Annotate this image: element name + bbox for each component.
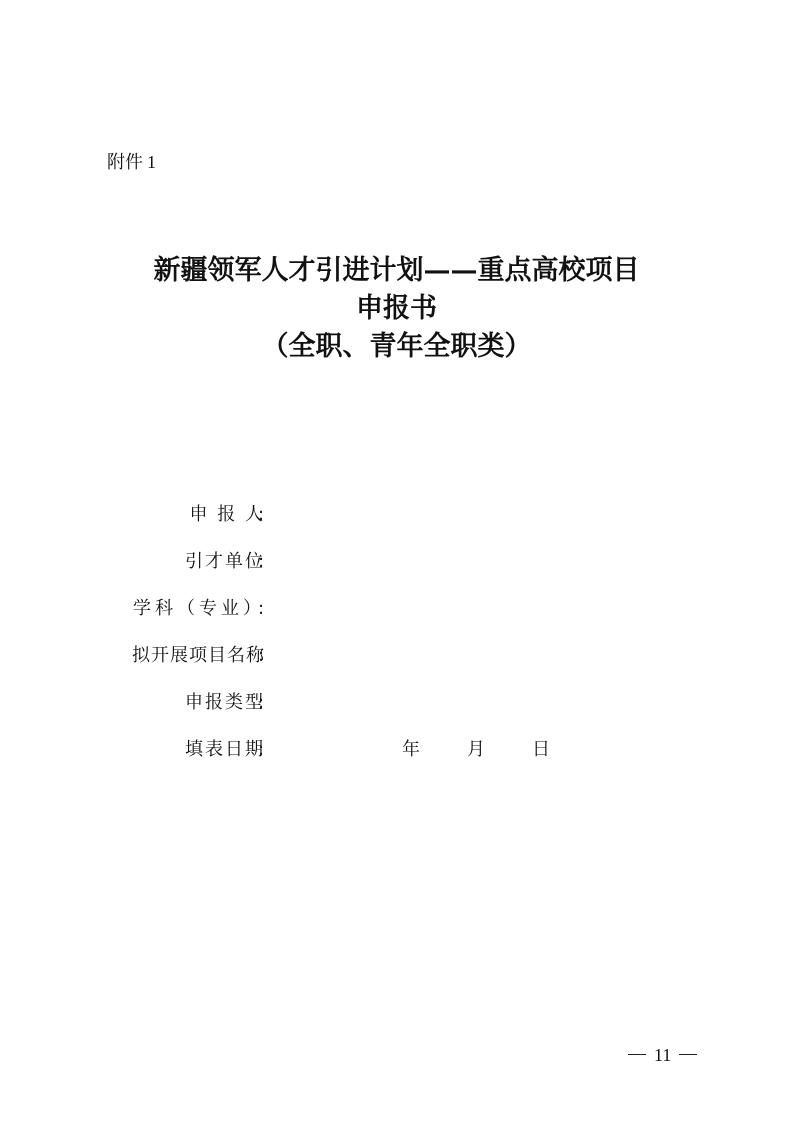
year-label: 年 — [402, 735, 420, 765]
dash-right — [679, 1054, 697, 1055]
form-row-applicant: 申 报 人 : — [0, 500, 793, 530]
project-name-label: 拟开展项目名称 — [132, 641, 265, 671]
day-field[interactable] — [487, 735, 531, 765]
dash-left — [628, 1054, 646, 1055]
fill-date-label: 填表日期 — [185, 735, 265, 765]
attachment-number: 1 — [147, 152, 156, 172]
colon: : — [258, 594, 264, 624]
applicant-field[interactable] — [272, 500, 572, 530]
host-institution-label: 引才单位 — [185, 547, 265, 577]
colon: : — [258, 500, 264, 530]
application-type-label: 申报类型 — [185, 688, 265, 718]
title-line-category: （全职、青年全职类） — [0, 328, 793, 366]
month-field[interactable] — [422, 735, 466, 765]
form-row-host-institution: 引才单位 : — [0, 547, 793, 577]
year-field[interactable] — [272, 735, 400, 765]
applicant-label: 申 报 人 — [190, 500, 265, 530]
colon: : — [258, 688, 264, 718]
form-row-project-name: 拟开展项目名称 : — [0, 641, 793, 671]
day-label: 日 — [532, 735, 550, 765]
host-institution-field[interactable] — [272, 547, 572, 577]
page-number: 11 — [620, 1043, 705, 1067]
page-number-value: 11 — [654, 1045, 671, 1065]
application-type-field[interactable] — [272, 688, 572, 718]
colon: : — [258, 547, 264, 577]
discipline-field[interactable] — [272, 594, 572, 624]
title-line-subtitle: 申报书 — [0, 290, 793, 328]
form-row-fill-date: 填表日期 : 年 月 日 — [0, 735, 793, 765]
month-label: 月 — [467, 735, 485, 765]
document-title: 新疆领军人才引进计划——重点高校项目 申报书 （全职、青年全职类） — [0, 252, 793, 366]
colon: : — [258, 641, 264, 671]
attachment-label: 附件 — [107, 152, 143, 173]
form-row-application-type: 申报类型 : — [0, 688, 793, 718]
discipline-label: 学科（专业） — [133, 594, 265, 624]
colon: : — [258, 735, 264, 765]
attachment-heading: 附件1 — [107, 150, 156, 175]
project-name-field[interactable] — [272, 641, 572, 671]
title-line-main: 新疆领军人才引进计划——重点高校项目 — [0, 252, 793, 290]
form-row-discipline: 学科（专业） : — [0, 594, 793, 624]
